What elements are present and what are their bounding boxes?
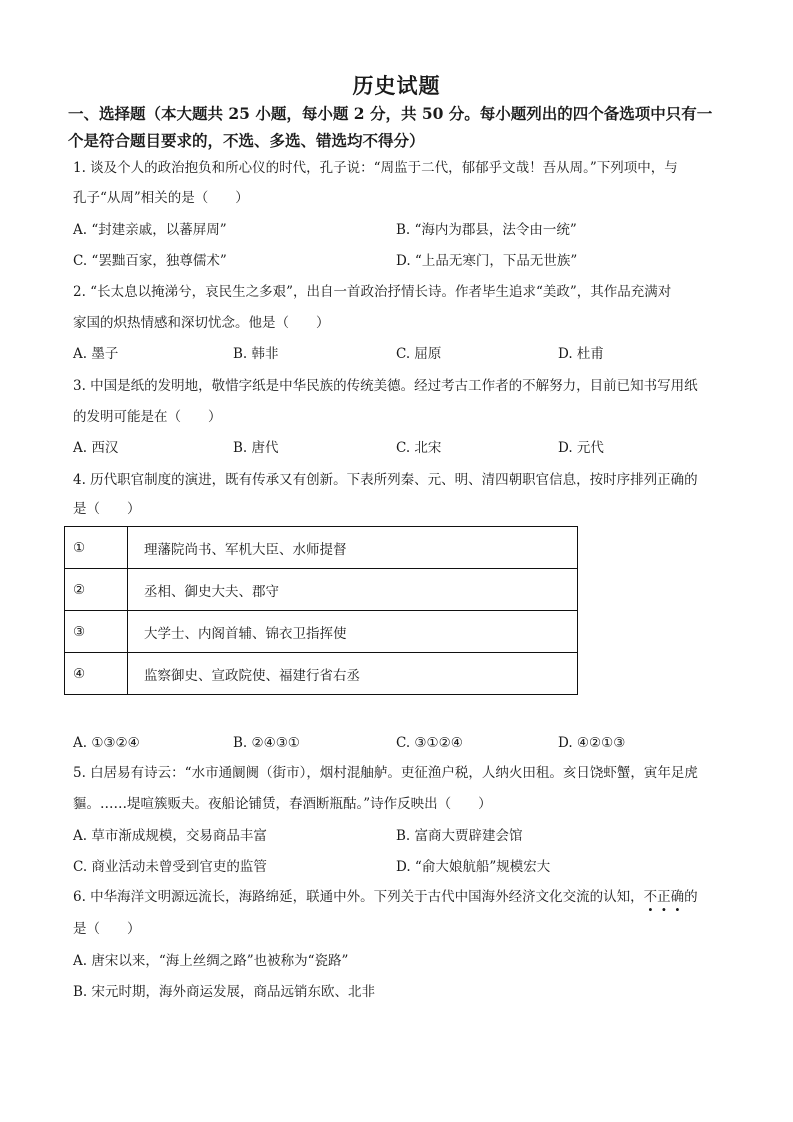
q1-stem-line-1: 1. 谈及个人的政治抱负和所心仪的时代，孔子说：“周监于二代，郁郁乎文哉！吾从周… (73, 158, 678, 178)
q2-option-a[interactable]: A. 墨子 (73, 344, 118, 364)
q1-stem-line-2: 孔子“从周”相关的是（ ） (73, 188, 249, 208)
table-row-number: ② (65, 569, 128, 611)
emphasis-char: 不 (644, 889, 658, 905)
q3-option-d[interactable]: D. 元代 (558, 438, 604, 458)
q4-option-b[interactable]: B. ②④③① (233, 733, 300, 753)
q5-stem-line-2: 貙。……堤喧簇贩夫。夜船论铺赁，春酒断瓶酤。”诗作反映出（ ） (73, 794, 492, 814)
q6-stem-line-2: 是（ ） (73, 919, 141, 939)
q1-option-b[interactable]: B. “海内为郡县，法令由一统” (396, 220, 577, 240)
q4-option-d[interactable]: D. ④②①③ (558, 733, 625, 753)
q6-option-a[interactable]: A. 唐宋以来，“海上丝绸之路”也被称为“瓷路” (73, 951, 348, 971)
table-row: ② 丞相、御史大夫、郡守 (65, 569, 578, 611)
table-row-text: 大学士、内阁首辅、锦衣卫指挥使 (128, 611, 578, 653)
q5-option-b[interactable]: B. 富商大贾辟建会馆 (396, 826, 523, 846)
q2-stem-line-2: 家国的炽热情感和深切忧念。他是（ ） (73, 313, 330, 333)
q5-option-c[interactable]: C. 商业活动未曾受到官吏的监管 (73, 857, 267, 877)
table-row-number: ③ (65, 611, 128, 653)
q1-option-a[interactable]: A. “封建亲戚，以蕃屏周” (73, 220, 227, 240)
q6-stem-text-end: 的 (684, 889, 698, 905)
q4-stem-line-1: 4. 历代职官制度的演进，既有传承又有创新。下表所列秦、元、明、清四朝职官信息，… (73, 470, 698, 490)
q4-option-a[interactable]: A. ①③②④ (73, 733, 140, 753)
q1-option-d[interactable]: D. “上品无寒门，下品无世族” (396, 251, 577, 271)
table-row: ③ 大学士、内阁首辅、锦衣卫指挥使 (65, 611, 578, 653)
section-heading-line-1: 一、选择题（本大题共 25 小题，每小题 2 分，共 50 分。每小题列出的四个… (68, 104, 712, 124)
emphasis-char: 确 (671, 889, 685, 905)
q4-option-c[interactable]: C. ③①②④ (396, 733, 463, 753)
table-row: ④ 监察御史、宣政院使、福建行省右丞 (65, 653, 578, 695)
q2-option-c[interactable]: C. 屈原 (396, 344, 441, 364)
officials-table: ① 理藩院尚书、军机大臣、水师提督 ② 丞相、御史大夫、郡守 ③ 大学士、内阁首… (64, 526, 578, 695)
q3-stem-line-1: 3. 中国是纸的发明地，敬惜字纸是中华民族的传统美德。经过考古工作者的不解努力，… (73, 376, 698, 396)
q2-option-d[interactable]: D. 杜甫 (558, 344, 604, 364)
q3-option-b[interactable]: B. 唐代 (233, 438, 279, 458)
exam-page: 历史试题 一、选择题（本大题共 25 小题，每小题 2 分，共 50 分。每小题… (0, 0, 793, 1122)
page-title: 历史试题 (0, 70, 793, 100)
q3-option-c[interactable]: C. 北宋 (396, 438, 441, 458)
table-row: ① 理藩院尚书、军机大臣、水师提督 (65, 527, 578, 569)
q2-stem-line-1: 2. “长太息以掩涕兮，哀民生之多艰”，出自一首政治抒情长诗。作者毕生追求“美政… (73, 282, 671, 302)
section-heading-line-2: 个是符合题目要求的，不选、多选、错选均不得分） (68, 131, 425, 151)
table-row-text: 监察御史、宣政院使、福建行省右丞 (128, 653, 578, 695)
q5-option-d[interactable]: D. “俞大娘航船”规模宏大 (396, 857, 550, 877)
q5-stem-line-1: 5. 白居易有诗云：“水市通阛阓（街市），烟村混舳舻。吏征渔户税，人纳火田租。亥… (73, 763, 698, 783)
q1-option-c[interactable]: C. “罢黜百家，独尊儒术” (73, 251, 227, 271)
q6-stem-line-1: 6. 中华海洋文明源远流长，海路绵延，联通中外。下列关于古代中国海外经济文化交流… (73, 887, 698, 907)
emphasis-char: 正 (657, 889, 671, 905)
table-row-text: 理藩院尚书、军机大臣、水师提督 (128, 527, 578, 569)
q6-stem-text: 6. 中华海洋文明源远流长，海路绵延，联通中外。下列关于古代中国海外经济文化交流… (73, 889, 644, 905)
q6-option-b[interactable]: B. 宋元时期，海外商运发展，商品远销东欧、北非 (73, 982, 375, 1002)
q3-option-a[interactable]: A. 西汉 (73, 438, 118, 458)
table-row-number: ① (65, 527, 128, 569)
q4-stem-line-2: 是（ ） (73, 499, 141, 519)
table-row-text: 丞相、御史大夫、郡守 (128, 569, 578, 611)
table-row-number: ④ (65, 653, 128, 695)
q3-stem-line-2: 的发明可能是在（ ） (73, 407, 222, 427)
q5-option-a[interactable]: A. 草市渐成规模，交易商品丰富 (73, 826, 267, 846)
q2-option-b[interactable]: B. 韩非 (233, 344, 279, 364)
